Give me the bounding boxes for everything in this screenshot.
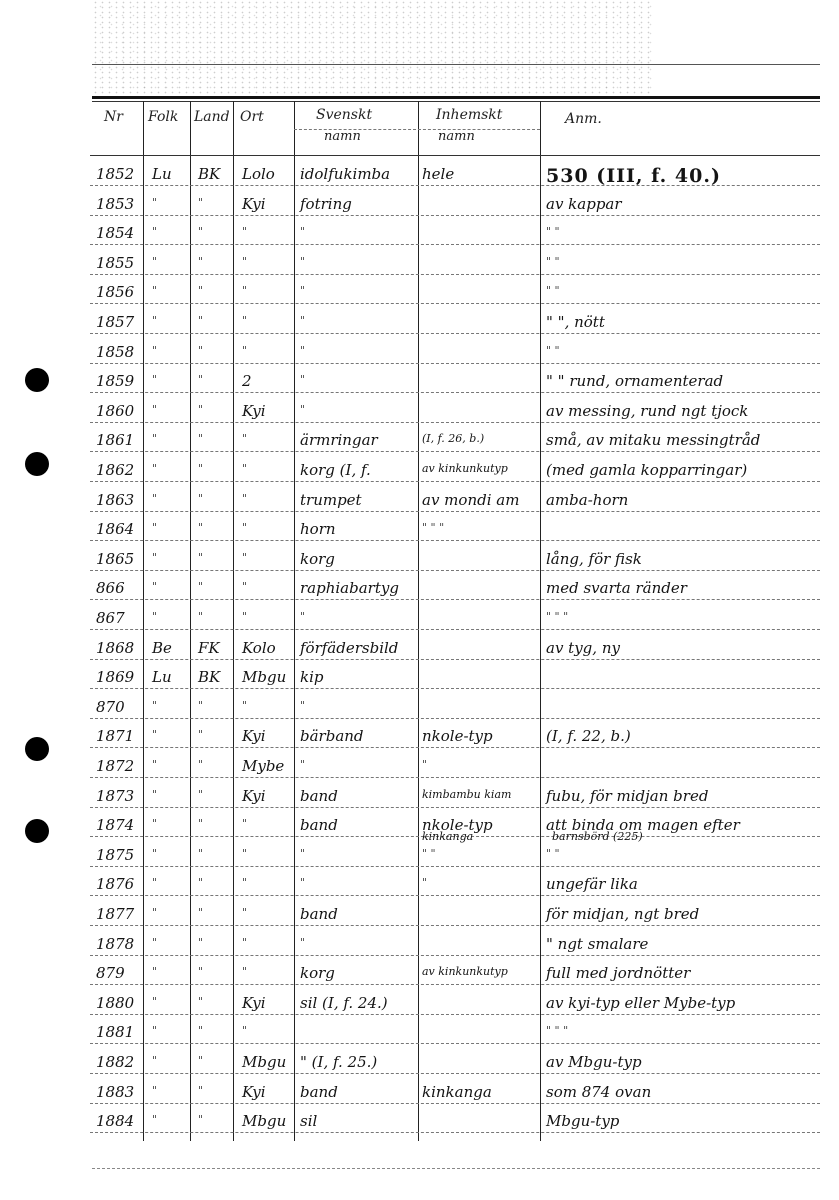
cell-anm: av Mbgu-typ: [546, 1055, 642, 1070]
cell-nr: 1853: [96, 197, 134, 212]
cell-nr: 1871: [96, 729, 134, 744]
cell-folk: ": [152, 759, 157, 770]
column-header-land: Land: [194, 109, 230, 125]
cell-anm: full med jordnötter: [546, 966, 690, 981]
cell-ort: ": [242, 256, 247, 267]
cell-nr: 1854: [96, 226, 134, 241]
cell-svenskt: trumpet: [300, 493, 362, 508]
cell-nr: 1882: [96, 1055, 134, 1070]
cell-inhemskt: " " ": [422, 522, 444, 533]
column-subheader-inhemskt: namn: [438, 129, 475, 144]
cell-ort: ": [242, 907, 247, 918]
cell-nr: 1857: [96, 315, 134, 330]
cell-ort: ": [242, 937, 247, 948]
cell-folk: ": [152, 226, 157, 237]
cell-svenskt: horn: [300, 522, 336, 537]
header-rule-top: [92, 64, 820, 65]
cell-ort: ": [242, 581, 247, 592]
cell-nr: 1868: [96, 641, 134, 656]
cell-land: ": [198, 374, 203, 385]
cell-land: ": [198, 848, 203, 859]
cell-svenskt: korg: [300, 966, 335, 981]
cell-anm: små, av mitaku messingtråd: [546, 433, 760, 448]
cell-anm2: barnsbörd (225): [552, 831, 643, 842]
cell-land: ": [198, 197, 203, 208]
cell-ort: Kyi: [242, 197, 266, 212]
cell-nr: 1873: [96, 789, 134, 804]
cell-land: ": [198, 522, 203, 533]
cell-land: ": [198, 877, 203, 888]
row-rule: [90, 570, 820, 571]
cell-svenskt: ": [300, 877, 305, 888]
cell-ort: Kyi: [242, 404, 266, 419]
cell-land: ": [198, 789, 203, 800]
cell-anm: " ngt smalare: [546, 937, 648, 952]
cell-land: ": [198, 226, 203, 237]
cell-anm: som 874 ovan: [546, 1085, 651, 1100]
cell-land: ": [198, 907, 203, 918]
cell-folk: Be: [152, 641, 172, 656]
cell-svenskt: ": [300, 315, 305, 326]
cell-land: ": [198, 700, 203, 711]
cell-inhemskt: nkole-typ: [422, 729, 493, 744]
row-rule: [90, 392, 820, 393]
cell-land: ": [198, 552, 203, 563]
row-rule: [90, 303, 820, 304]
cell-anm: amba-horn: [546, 493, 628, 508]
cell-anm: av messing, rund ngt tjock: [546, 404, 748, 419]
header-subrule: [294, 129, 540, 130]
cell-nr: 1860: [96, 404, 134, 419]
cell-svenskt: band: [300, 789, 338, 804]
cell-anm: av kyi-typ eller Mybe-typ: [546, 996, 735, 1011]
cell-land: ": [198, 759, 203, 770]
cell-land: ": [198, 463, 203, 474]
cell-anm: " ", nött: [546, 315, 605, 330]
cell-folk: ": [152, 1055, 157, 1066]
cell-svenskt: förfädersbild: [300, 641, 398, 656]
cell-folk: ": [152, 433, 157, 444]
cell-anm: " ": [546, 285, 560, 296]
cell-nr: 867: [96, 611, 125, 626]
row-rule: [90, 866, 820, 867]
cell-ort: Kyi: [242, 729, 266, 744]
cell-ort: Mbgu: [242, 1055, 286, 1070]
cell-inhemskt: ": [422, 877, 427, 888]
cell-folk: ": [152, 345, 157, 356]
cell-svenskt: ": [300, 226, 305, 237]
cell-anm: (I, f. 22, b.): [546, 729, 631, 744]
row-rule: [90, 1132, 820, 1133]
cell-ort: ": [242, 226, 247, 237]
cell-folk: ": [152, 996, 157, 1007]
cell-anm: fubu, för midjan bred: [546, 789, 708, 804]
row-rule: [90, 599, 820, 600]
cell-svenskt: bärband: [300, 729, 364, 744]
cell-folk: ": [152, 877, 157, 888]
cell-nr: 1883: [96, 1085, 134, 1100]
cell-inhemskt: " ": [422, 848, 436, 859]
cell-nr: 879: [96, 966, 125, 981]
cell-nr: 1855: [96, 256, 134, 271]
cell-folk: ": [152, 404, 157, 415]
cell-ort: ": [242, 463, 247, 474]
row-rule: [90, 1073, 820, 1074]
cell-ort: Mybe: [242, 759, 284, 774]
cell-land: ": [198, 996, 203, 1007]
cell-ort: Mbgu: [242, 1114, 286, 1129]
cell-nr: 1859: [96, 374, 134, 389]
cell-anm: av tyg, ny: [546, 641, 620, 656]
cell-land: ": [198, 818, 203, 829]
cell-svenskt: raphiabartyg: [300, 581, 399, 596]
cell-anm: " " ": [546, 611, 568, 622]
cell-folk: ": [152, 1114, 157, 1125]
cell-nr: 1878: [96, 937, 134, 952]
cell-folk: ": [152, 315, 157, 326]
cell-svenskt: fotring: [300, 197, 352, 212]
cell-folk: ": [152, 493, 157, 504]
cell-ort: Kolo: [242, 641, 276, 656]
cell-ort: Mbgu: [242, 670, 286, 685]
cell-folk: ": [152, 818, 157, 829]
cell-folk: ": [152, 729, 157, 740]
cell-ort: ": [242, 433, 247, 444]
cell-anm: " ": [546, 256, 560, 267]
cell-nr: 1864: [96, 522, 134, 537]
cell-ort: ": [242, 552, 247, 563]
cell-folk: ": [152, 463, 157, 474]
cell-land: ": [198, 966, 203, 977]
row-rule: [90, 511, 820, 512]
cell-land: ": [198, 256, 203, 267]
cell-nr: 1874: [96, 818, 134, 833]
header-bottom-rule: [90, 155, 820, 156]
punch-hole-icon: [25, 368, 49, 392]
cell-ort: ": [242, 818, 247, 829]
cell-ort: ": [242, 966, 247, 977]
cell-ort: Kyi: [242, 996, 266, 1011]
cell-inhemskt: kimbambu kiam: [422, 789, 511, 800]
cell-svenskt: ": [300, 611, 305, 622]
cell-land: ": [198, 1025, 203, 1036]
cell-folk: ": [152, 581, 157, 592]
cell-svenskt: band: [300, 907, 338, 922]
cell-folk: ": [152, 789, 157, 800]
cell-nr: 1884: [96, 1114, 134, 1129]
cell-ort: ": [242, 700, 247, 711]
cell-land: BK: [198, 167, 220, 182]
row-rule: [90, 481, 820, 482]
cell-nr: 1862: [96, 463, 134, 478]
cell-land: ": [198, 493, 203, 504]
cell-land: ": [198, 345, 203, 356]
cell-ort: ": [242, 1025, 247, 1036]
cell-folk: ": [152, 1085, 157, 1096]
cell-svenskt: ": [300, 404, 305, 415]
cell-svenskt: band: [300, 1085, 338, 1100]
row-rule: [90, 274, 820, 275]
cell-svenskt: ärmringar: [300, 433, 378, 448]
cell-land: ": [198, 729, 203, 740]
cell-nr: 866: [96, 581, 125, 596]
row-rule: [90, 688, 820, 689]
cell-anm: med svarta ränder: [546, 581, 687, 596]
cell-anm: Mbgu-typ: [546, 1114, 619, 1129]
column-header-ort: Ort: [240, 109, 264, 125]
cell-anm: " ": [546, 226, 560, 237]
cell-ort: ": [242, 611, 247, 622]
cell-ort: Kyi: [242, 1085, 266, 1100]
cell-svenskt: ": [300, 374, 305, 385]
row-rule: [90, 955, 820, 956]
cell-svenskt: kip: [300, 670, 324, 685]
ledger-table: Nr Folk Land Ort Svenskt namn Inhemskt n…: [90, 101, 820, 1141]
cell-svenskt: ": [300, 937, 305, 948]
cell-inhemskt: av mondi am: [422, 493, 519, 508]
cell-anm: av kappar: [546, 197, 622, 212]
row-rule: [90, 540, 820, 541]
column-header-nr: Nr: [104, 109, 123, 125]
cell-inhemskt: ": [422, 759, 427, 770]
cell-anm: för midjan, ngt bred: [546, 907, 699, 922]
cell-folk: Lu: [152, 670, 172, 685]
cell-ort: ": [242, 877, 247, 888]
cell-folk: ": [152, 1025, 157, 1036]
cell-anm: " ": [546, 848, 560, 859]
cell-nr: 1869: [96, 670, 134, 685]
row-rule: [90, 659, 820, 660]
cell-anm: ungefär lika: [546, 877, 638, 892]
cell-svenskt: band: [300, 818, 338, 833]
cell-svenskt: ": [300, 285, 305, 296]
cell-folk: ": [152, 966, 157, 977]
cell-anm: " " ": [546, 1025, 568, 1036]
cell-anm: lång, för fisk: [546, 552, 642, 567]
row-rule: [90, 807, 820, 808]
punch-hole-icon: [25, 737, 49, 761]
cell-nr: 1858: [96, 345, 134, 360]
cell-inhemskt2: kinkanga: [422, 831, 473, 842]
row-rule: [90, 1043, 820, 1044]
cell-inhemskt: av kinkunkutyp: [422, 463, 508, 474]
row-rule: [90, 718, 820, 719]
row-rule: [90, 363, 820, 364]
cell-ort: Lolo: [242, 167, 275, 182]
punch-hole-icon: [25, 819, 49, 843]
cell-svenskt: ": [300, 848, 305, 859]
cell-ort: ": [242, 522, 247, 533]
cell-inhemskt: (I, f. 26, b.): [422, 433, 484, 444]
cell-land: ": [198, 611, 203, 622]
column-header-anm: Anm.: [565, 111, 602, 127]
row-rule: [90, 747, 820, 748]
row-rule: [90, 984, 820, 985]
cell-svenskt: korg (I, f.: [300, 463, 371, 478]
cell-ort: ": [242, 315, 247, 326]
header-rule-thick: [92, 96, 820, 99]
cell-land: ": [198, 1114, 203, 1125]
cell-ort: ": [242, 345, 247, 356]
cell-svenskt: ": [300, 345, 305, 356]
cell-folk: ": [152, 374, 157, 385]
cell-nr: 1875: [96, 848, 134, 863]
column-header-inhemskt: Inhemskt: [436, 107, 502, 123]
cell-svenskt: ": [300, 759, 305, 770]
cell-ort: ": [242, 848, 247, 859]
cell-svenskt: sil (I, f. 24.): [300, 996, 388, 1011]
cell-inhemskt: hele: [422, 167, 454, 182]
column-subheader-svenskt: namn: [324, 129, 361, 144]
row-rule: [90, 925, 820, 926]
cell-inhemskt: av kinkunkutyp: [422, 966, 508, 977]
row-rule: [90, 333, 820, 334]
cell-folk: ": [152, 285, 157, 296]
row-rule: [90, 777, 820, 778]
cell-svenskt: ": [300, 700, 305, 711]
cell-land: ": [198, 285, 203, 296]
cell-ort: Kyi: [242, 789, 266, 804]
cell-folk: ": [152, 937, 157, 948]
cell-ort: ": [242, 493, 247, 504]
cell-folk: Lu: [152, 167, 172, 182]
cell-nr: 1856: [96, 285, 134, 300]
cell-anm: " ": [546, 345, 560, 356]
cell-land: ": [198, 937, 203, 948]
row-rule: [90, 1014, 820, 1015]
cell-folk: ": [152, 848, 157, 859]
row-rule: [90, 422, 820, 423]
cell-folk: ": [152, 197, 157, 208]
row-rule: [90, 215, 820, 216]
column-header-folk: Folk: [148, 109, 178, 125]
cell-land: ": [198, 581, 203, 592]
cell-anm: 530 (III, f. 40.): [546, 167, 721, 186]
cell-nr: 1865: [96, 552, 134, 567]
cell-folk: ": [152, 907, 157, 918]
cell-nr: 1863: [96, 493, 134, 508]
cell-land: ": [198, 433, 203, 444]
cell-svenskt: ": [300, 256, 305, 267]
cell-folk: ": [152, 256, 157, 267]
cell-folk: ": [152, 552, 157, 563]
cell-land: FK: [198, 641, 220, 656]
punch-hole-icon: [25, 452, 49, 476]
footer-rule: [92, 1168, 820, 1169]
cell-nr: 1872: [96, 759, 134, 774]
cell-ort: ": [242, 285, 247, 296]
scan-noise: [92, 0, 652, 95]
row-rule: [90, 451, 820, 452]
row-rule: [90, 629, 820, 630]
cell-nr: 1876: [96, 877, 134, 892]
cell-ort: 2: [242, 374, 252, 389]
cell-nr: 1877: [96, 907, 134, 922]
cell-land: ": [198, 1085, 203, 1096]
row-rule: [90, 1103, 820, 1104]
cell-land: BK: [198, 670, 220, 685]
cell-land: ": [198, 1055, 203, 1066]
cell-folk: ": [152, 611, 157, 622]
cell-nr: 870: [96, 700, 125, 715]
cell-folk: ": [152, 700, 157, 711]
row-rule: [90, 244, 820, 245]
cell-svenskt: sil: [300, 1114, 317, 1129]
row-rule: [90, 895, 820, 896]
cell-svenskt: korg: [300, 552, 335, 567]
cell-svenskt: idolfukimba: [300, 167, 390, 182]
column-header-svenskt: Svenskt: [316, 107, 372, 123]
cell-anm: " " rund, ornamenterad: [546, 374, 723, 389]
cell-inhemskt: kinkanga: [422, 1085, 492, 1100]
cell-land: ": [198, 404, 203, 415]
cell-folk: ": [152, 522, 157, 533]
cell-svenskt: " (I, f. 25.): [300, 1055, 377, 1070]
cell-nr: 1881: [96, 1025, 134, 1040]
cell-nr: 1852: [96, 167, 134, 182]
cell-anm: (med gamla kopparringar): [546, 463, 747, 478]
cell-nr: 1861: [96, 433, 134, 448]
cell-land: ": [198, 315, 203, 326]
cell-nr: 1880: [96, 996, 134, 1011]
